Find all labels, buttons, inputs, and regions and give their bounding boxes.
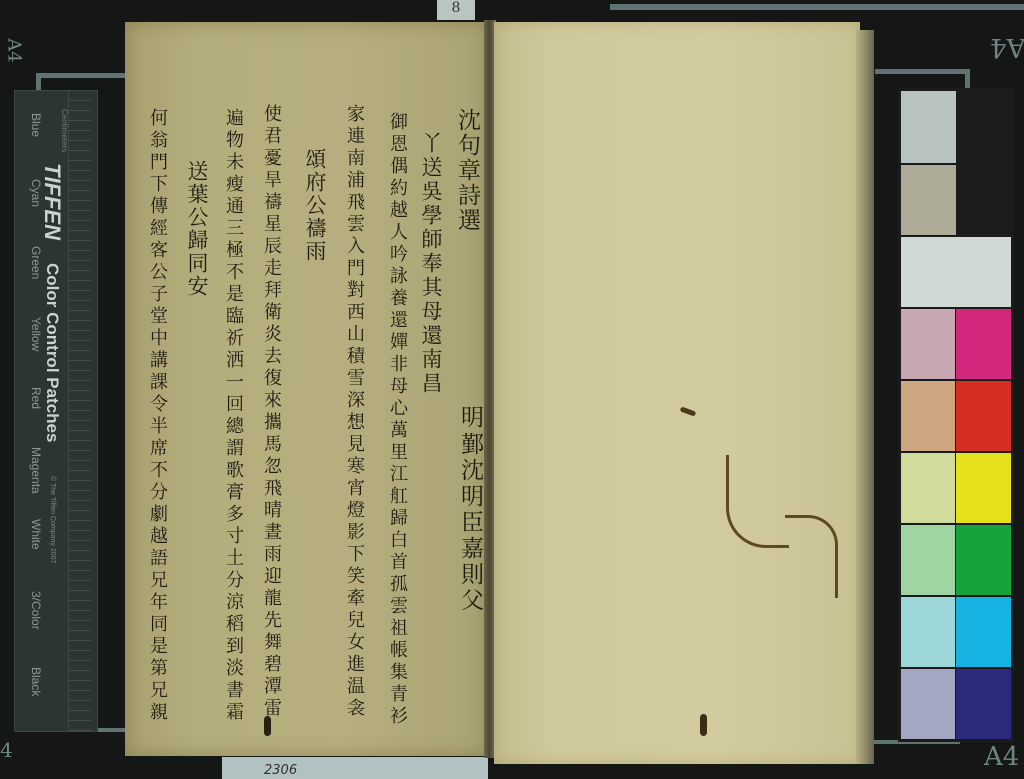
patch-light-red [900,380,957,452]
patch-label-3color: 3/Color [29,591,43,630]
patch-light-blue [900,668,957,740]
centimeters-label: Centimeters [60,109,69,152]
patch-label-magenta: Magenta [29,447,43,494]
patch-light-yellow [900,452,957,524]
patch-label-blue: Blue [29,113,43,137]
strip-title: Color Control Patches [42,263,62,442]
a4-mark-top-left: A4 [4,38,25,62]
paper-tear-branch [785,515,838,598]
mat-line-right-top [875,69,970,74]
patch-light-green [900,524,957,596]
patch-warm-gray [900,164,957,236]
patch-yellow [955,452,1012,524]
paper-tear [726,455,789,548]
poem-2-line-1: 使君憂旱禱星辰走拜衛炎去復來攜馬忽飛晴晝雨迎龍先舞碧潭雷 [262,104,280,720]
page-edge [856,30,874,764]
patch-green [955,524,1012,596]
poem-1-line-2: 家連南浦飛雲入門對西山積雪深想見寒宵燈影下笑牽兒女進温衾 [345,104,363,720]
centimeter-ruler [68,91,91,731]
poem-2-title: 頌府公禱雨 [304,148,325,263]
a4-mark-bottom-right: A4 [984,742,1019,772]
poem-3-line-1: 何翁門下傳經客公子堂中講課令半席不分劇越語兄年同是第兄親 [148,108,166,724]
bottom-catalog-tag: 2306 [222,757,488,779]
patch-light-cyan [900,596,957,668]
patch-light-magenta [900,308,957,380]
poem-3-title: 送葉公歸同安 [186,160,207,298]
patch-light-gray [900,90,957,164]
author-name: 鄞沈明臣嘉則父 [458,432,481,614]
top-catalog-tag: 8 [437,0,475,20]
patch-red [955,380,1012,452]
patch-label-yellow: Yellow [29,317,43,351]
author-dynasty: 明 [458,405,481,430]
poem-1-line-1: 御恩偶約越人吟詠養還嬋非母心萬里江舡歸白首孤雲祖帳集青衫 [388,112,406,728]
poem-1-title: 丫送吳學師奉其母還南昌 [420,132,441,396]
copyright-text: © The Tiffen Company 2007 [49,476,56,563]
patch-label-green: Green [29,246,43,279]
mat-line-top [610,4,1024,10]
right-page [494,22,860,764]
wormhole [700,714,707,736]
patch-magenta [955,308,1012,380]
color-reference-chart [898,88,1014,742]
mat-line-left-top [36,73,126,78]
tiffen-color-control-strip: Centimeters TIFFEN Color Control Patches… [14,90,98,732]
poem-2-line-2: 遍物未瘦通三極不是臨祈洒一回總謂歌膏多寸土分涼稻到淡書霜 [224,108,242,724]
book-title: 沈句章詩選 [455,108,478,233]
patch-cyan [955,596,1012,668]
top-tag-label: 8 [452,0,461,16]
a4-mark-bottom-left: 4 [0,738,13,762]
patch-white [900,236,1012,308]
a4-mark-top-right: A4 [990,32,1024,62]
patch-label-cyan: Cyan [29,179,43,207]
patch-label-black: Black [29,667,43,696]
patch-blue [955,668,1012,740]
patch-label-white: White [29,519,43,550]
bottom-tag-label: 2306 [264,763,297,778]
patch-label-red: Red [29,387,43,409]
